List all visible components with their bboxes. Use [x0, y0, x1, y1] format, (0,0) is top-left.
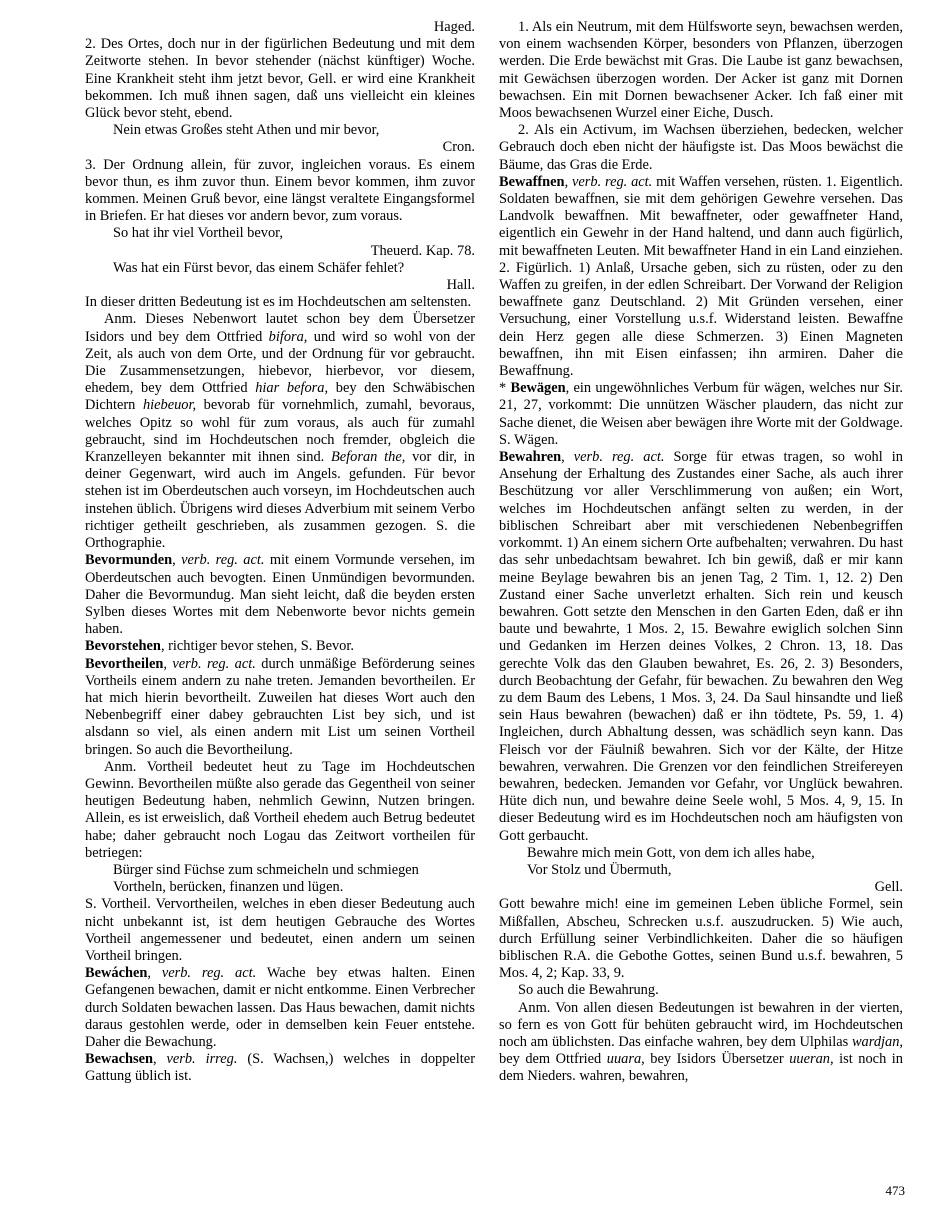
paragraph: Bevormunden, verb. reg. act. mit einem V… — [85, 552, 475, 638]
text-run: Vortheln, berücken, finanzen und lügen. — [113, 879, 343, 895]
italic-run: verb. reg. act. — [181, 552, 264, 568]
dictionary-page: Haged.2. Des Ortes, doch nur in der figü… — [0, 0, 935, 1210]
italic-run: hiar befora, — [255, 380, 328, 396]
text-run: Theuerd. Kap. 78. — [371, 243, 475, 259]
left-column: Haged.2. Des Ortes, doch nur in der figü… — [85, 19, 475, 1086]
text-run: Anm. Von allen diesen Bedeutungen ist be… — [499, 1000, 903, 1050]
paragraph: Bevortheilen, verb. reg. act. durch unmä… — [85, 656, 475, 759]
verse-line: Vor Stolz und Übermuth, — [499, 862, 903, 879]
paragraph: Anm. Vortheil bedeutet heut zu Tage im H… — [85, 759, 475, 862]
paragraph: So auch die Bewahrung. — [499, 982, 903, 999]
italic-run: verb. irreg. — [166, 1051, 237, 1067]
paragraph: Gott bewahre mich! eine im gemeinen Lebe… — [499, 896, 903, 982]
italic-run: uueran, — [789, 1051, 833, 1067]
text-run: , — [153, 1051, 167, 1067]
verse-line: Was hat ein Fürst bevor, das einem Schäf… — [85, 260, 475, 277]
verse-line: Nein etwas Großes steht Athen und mir be… — [85, 122, 475, 139]
text-run: Sorge für etwas tragen, so wohl in Anseh… — [499, 449, 903, 843]
text-run: 1. Als ein Neutrum, mit dem Hülfsworte s… — [499, 19, 903, 121]
paragraph: Bevorstehen, richtiger bevor stehen, S. … — [85, 638, 475, 655]
text-run: Cron. — [443, 139, 475, 155]
italic-run: verb. reg. act. — [574, 449, 665, 465]
text-run: In dieser dritten Bedeutung ist es im Ho… — [85, 294, 471, 310]
paragraph: 1. Als ein Neutrum, mit dem Hülfsworte s… — [499, 19, 903, 122]
italic-run: wardjan, — [852, 1034, 903, 1050]
text-run: 3. Der Ordnung allein, für zuvor, inglei… — [85, 157, 475, 225]
verse-line: So hat ihr viel Vortheil bevor, — [85, 225, 475, 242]
headword: Bevorstehen — [85, 638, 161, 654]
paragraph: Anm. Von allen diesen Bedeutungen ist be… — [499, 1000, 903, 1086]
paragraph: Bewáchen, verb. reg. act. Wache bey etwa… — [85, 965, 475, 1051]
headword: Bewägen — [510, 380, 565, 396]
right-column: 1. Als ein Neutrum, mit dem Hülfsworte s… — [499, 19, 903, 1086]
text-run: Hall. — [447, 277, 475, 293]
italic-run: verb. reg. act. — [162, 965, 256, 981]
verse-line: Vortheln, berücken, finanzen und lügen. — [85, 879, 475, 896]
paragraph: Bewahren, verb. reg. act. Sorge für etwa… — [499, 449, 903, 845]
text-run: So auch die Bewahrung. — [518, 982, 659, 998]
text-run: Bürger sind Füchse zum schmeicheln und s… — [113, 862, 419, 878]
italic-run: bifora, — [269, 329, 308, 345]
text-run: , richtiger bevor stehen, S. Bevor. — [161, 638, 354, 654]
text-run: Gott bewahre mich! eine im gemeinen Lebe… — [499, 896, 903, 981]
attribution-line: Gell. — [499, 879, 903, 896]
text-columns: Haged.2. Des Ortes, doch nur in der figü… — [85, 19, 903, 1086]
text-run: , — [172, 552, 181, 568]
paragraph: 2. Des Ortes, doch nur in der figürliche… — [85, 36, 475, 122]
paragraph: * Bewägen, ein ungewöhnliches Verbum für… — [499, 380, 903, 449]
verse-line: Bewahre mich mein Gott, von dem ich alle… — [499, 845, 903, 862]
text-run: Haged. — [434, 19, 475, 35]
attribution-line: Hall. — [85, 277, 475, 294]
text-run: , — [561, 449, 574, 465]
paragraph: In dieser dritten Bedeutung ist es im Ho… — [85, 294, 475, 311]
headword: Bewaffnen — [499, 174, 565, 190]
text-run: Bewahre mich mein Gott, von dem ich alle… — [527, 845, 815, 861]
text-run: S. Vortheil. Vervortheilen, welches in e… — [85, 896, 475, 964]
italic-run: Beforan the, — [331, 449, 405, 465]
text-run: bey dem Ottfried — [499, 1051, 607, 1067]
text-run: mit Waffen versehen, rüsten. 1. Eigentli… — [499, 174, 903, 379]
italic-run: verb. reg. act. — [172, 656, 255, 672]
paragraph: Anm. Dieses Nebenwort lautet schon bey d… — [85, 311, 475, 552]
page-number: 473 — [886, 1184, 906, 1197]
text-run: Gell. — [875, 879, 903, 895]
paragraph: Bewaffnen, verb. reg. act. mit Waffen ve… — [499, 174, 903, 380]
text-run: Vor Stolz und Übermuth, — [527, 862, 671, 878]
text-run: * — [499, 380, 510, 396]
text-run: , — [147, 965, 161, 981]
text-run: So hat ihr viel Vortheil bevor, — [113, 225, 283, 241]
text-run: 2. Als ein Activum, im Wachsen überziehe… — [499, 122, 903, 172]
text-run: Anm. Vortheil bedeutet heut zu Tage im H… — [85, 759, 475, 861]
paragraph: 2. Als ein Activum, im Wachsen überziehe… — [499, 122, 903, 174]
italic-run: uuara, — [607, 1051, 645, 1067]
text-run: 2. Des Ortes, doch nur in der figürliche… — [85, 36, 475, 121]
text-run: , — [565, 174, 572, 190]
italic-run: hiebeuor, — [143, 397, 196, 413]
headword: Bewáchen — [85, 965, 147, 981]
headword: Bevortheilen — [85, 656, 163, 672]
attribution-line: Haged. — [85, 19, 475, 36]
paragraph: 3. Der Ordnung allein, für zuvor, inglei… — [85, 157, 475, 226]
attribution-line: Cron. — [85, 139, 475, 156]
text-run: Was hat ein Fürst bevor, das einem Schäf… — [113, 260, 404, 276]
text-run: bey Isidors Übersetzer — [645, 1051, 789, 1067]
paragraph: S. Vortheil. Vervortheilen, welches in e… — [85, 896, 475, 965]
text-run: Nein etwas Großes steht Athen und mir be… — [113, 122, 379, 138]
headword: Bewachsen — [85, 1051, 153, 1067]
italic-run: verb. reg. act. — [572, 174, 652, 190]
headword: Bevormunden — [85, 552, 172, 568]
paragraph: Bewachsen, verb. irreg. (S. Wachsen,) we… — [85, 1051, 475, 1085]
attribution-line: Theuerd. Kap. 78. — [85, 243, 475, 260]
verse-line: Bürger sind Füchse zum schmeicheln und s… — [85, 862, 475, 879]
headword: Bewahren — [499, 449, 561, 465]
